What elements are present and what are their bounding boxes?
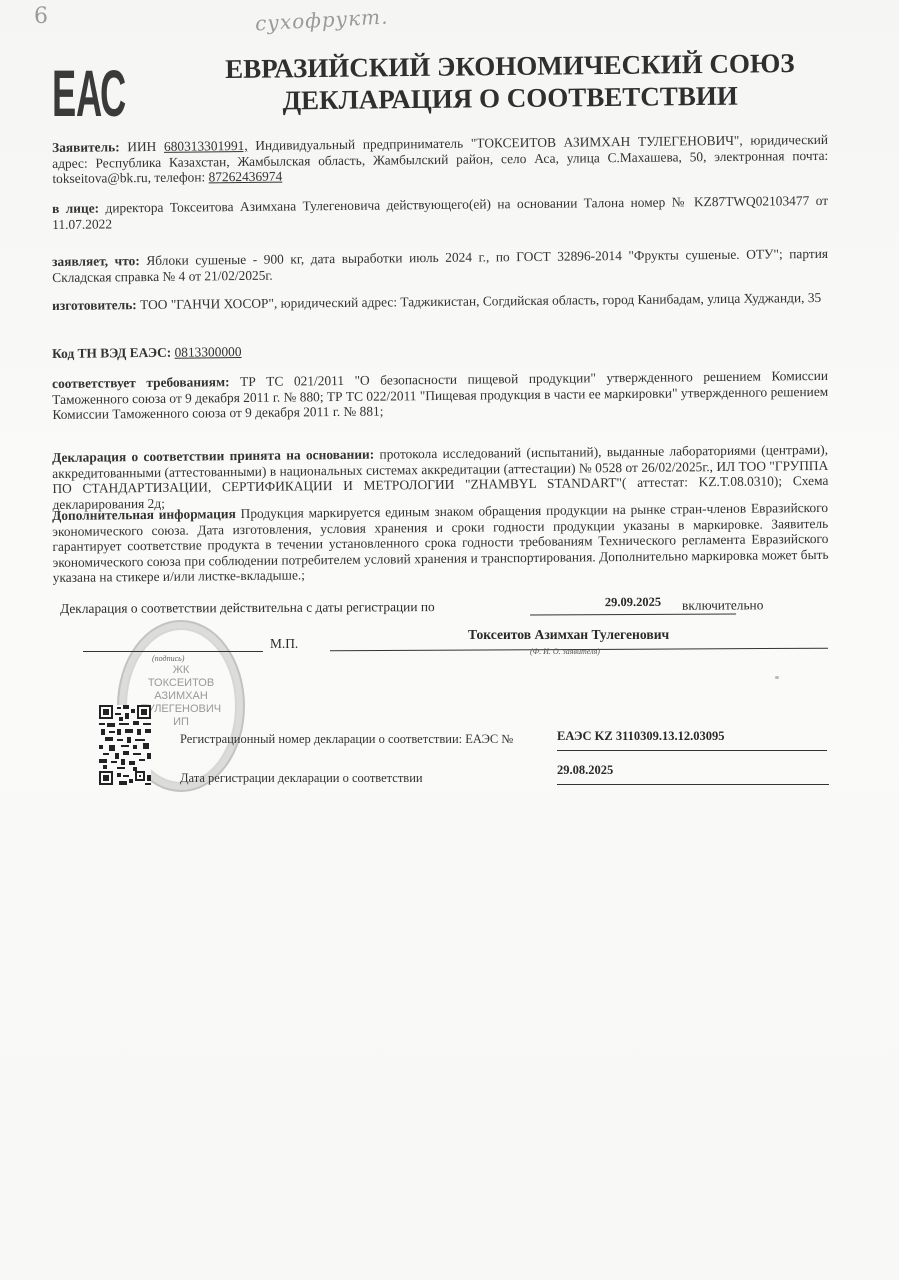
- qr-code-icon: [99, 705, 151, 785]
- validity-suffix: включительно: [682, 597, 763, 613]
- applicant-phone: 87262436974: [208, 169, 282, 185]
- logo-letter: С: [100, 66, 111, 122]
- declares-label: заявляет, что:: [52, 253, 140, 269]
- hs-code-section: Код ТН ВЭД ЕАЭС: 0813300000: [52, 338, 828, 362]
- registration-date: 29.08.2025: [557, 763, 829, 785]
- name-caption: (Ф. И. О. заявителя): [530, 647, 600, 656]
- represented-by-text: директора Токсеитова Азимхана Тулегенови…: [52, 193, 828, 232]
- declaration-page: 6 сухофрукт. Е А С ЕВРАЗИЙСКИЙ ЭКОНОМИЧЕ…: [0, 0, 899, 1280]
- iin-value: 680313301991,: [164, 138, 248, 154]
- registration-number: ЕАЭС KZ 3110309.13.12.03095: [557, 729, 827, 751]
- declares-text: Яблоки сушеные - 900 кг, дата выработки …: [52, 246, 828, 285]
- seal-place-label: М.П.: [270, 636, 298, 652]
- stamp-line: ЖК: [119, 664, 243, 677]
- complies-section: соответствует требованиям: ТР ТС 021/201…: [52, 368, 828, 423]
- declares-section: заявляет, что: Яблоки сушеные - 900 кг, …: [52, 246, 828, 285]
- hs-code-label: Код ТН ВЭД ЕАЭС:: [52, 345, 171, 361]
- scan-speck: [775, 676, 779, 679]
- stamp-line: АЗИМХАН: [119, 690, 243, 703]
- validity-row: Декларация о соответствии действительна …: [60, 597, 820, 601]
- eac-logo-icon: Е А С: [52, 66, 114, 122]
- complies-label: соответствует требованиям:: [52, 374, 230, 391]
- represented-by-label: в лице:: [52, 201, 99, 216]
- applicant-label: Заявитель:: [52, 139, 120, 155]
- applicant-section: Заявитель: ИИН 680313301991, Индивидуаль…: [52, 132, 828, 187]
- document-title: ЕВРАЗИЙСКИЙ ЭКОНОМИЧЕСКИЙ СОЮЗ ДЕКЛАРАЦИ…: [150, 46, 871, 118]
- signature-line: [83, 651, 263, 652]
- represented-by-section: в лице: директора Токсеитова Азимхана Ту…: [52, 193, 828, 232]
- handwritten-page-number: 6: [34, 4, 48, 29]
- registration-date-label: Дата регистрации декларации о соответств…: [180, 771, 423, 786]
- applicant-name: Токсеитов Азимхан Тулегенович: [468, 627, 669, 643]
- registration-number-label: Регистрационный номер декларации о соотв…: [180, 732, 513, 747]
- signature-caption: (подпись): [152, 654, 184, 663]
- additional-info-section: Дополнительная информация Продукция марк…: [52, 500, 829, 586]
- stamp-line: ТОКСЕИТОВ: [119, 677, 243, 690]
- additional-info-label: Дополнительная информация: [52, 506, 236, 523]
- manufacturer-label: изготовитель:: [52, 297, 137, 313]
- iin-prefix: ИИН: [127, 139, 156, 154]
- hs-code-value: 0813300000: [174, 344, 241, 360]
- manufacturer-section: изготовитель: ТОО "ГАНЧИ ХОСОР", юридиче…: [52, 290, 828, 314]
- logo-letter: А: [76, 66, 87, 122]
- handwritten-note: сухофрукт.: [254, 5, 389, 36]
- logo-letter: Е: [52, 66, 63, 122]
- manufacturer-text: ТОО "ГАНЧИ ХОСОР", юридический адрес: Та…: [140, 290, 821, 312]
- validity-label: Декларация о соответствии действительна …: [60, 599, 435, 617]
